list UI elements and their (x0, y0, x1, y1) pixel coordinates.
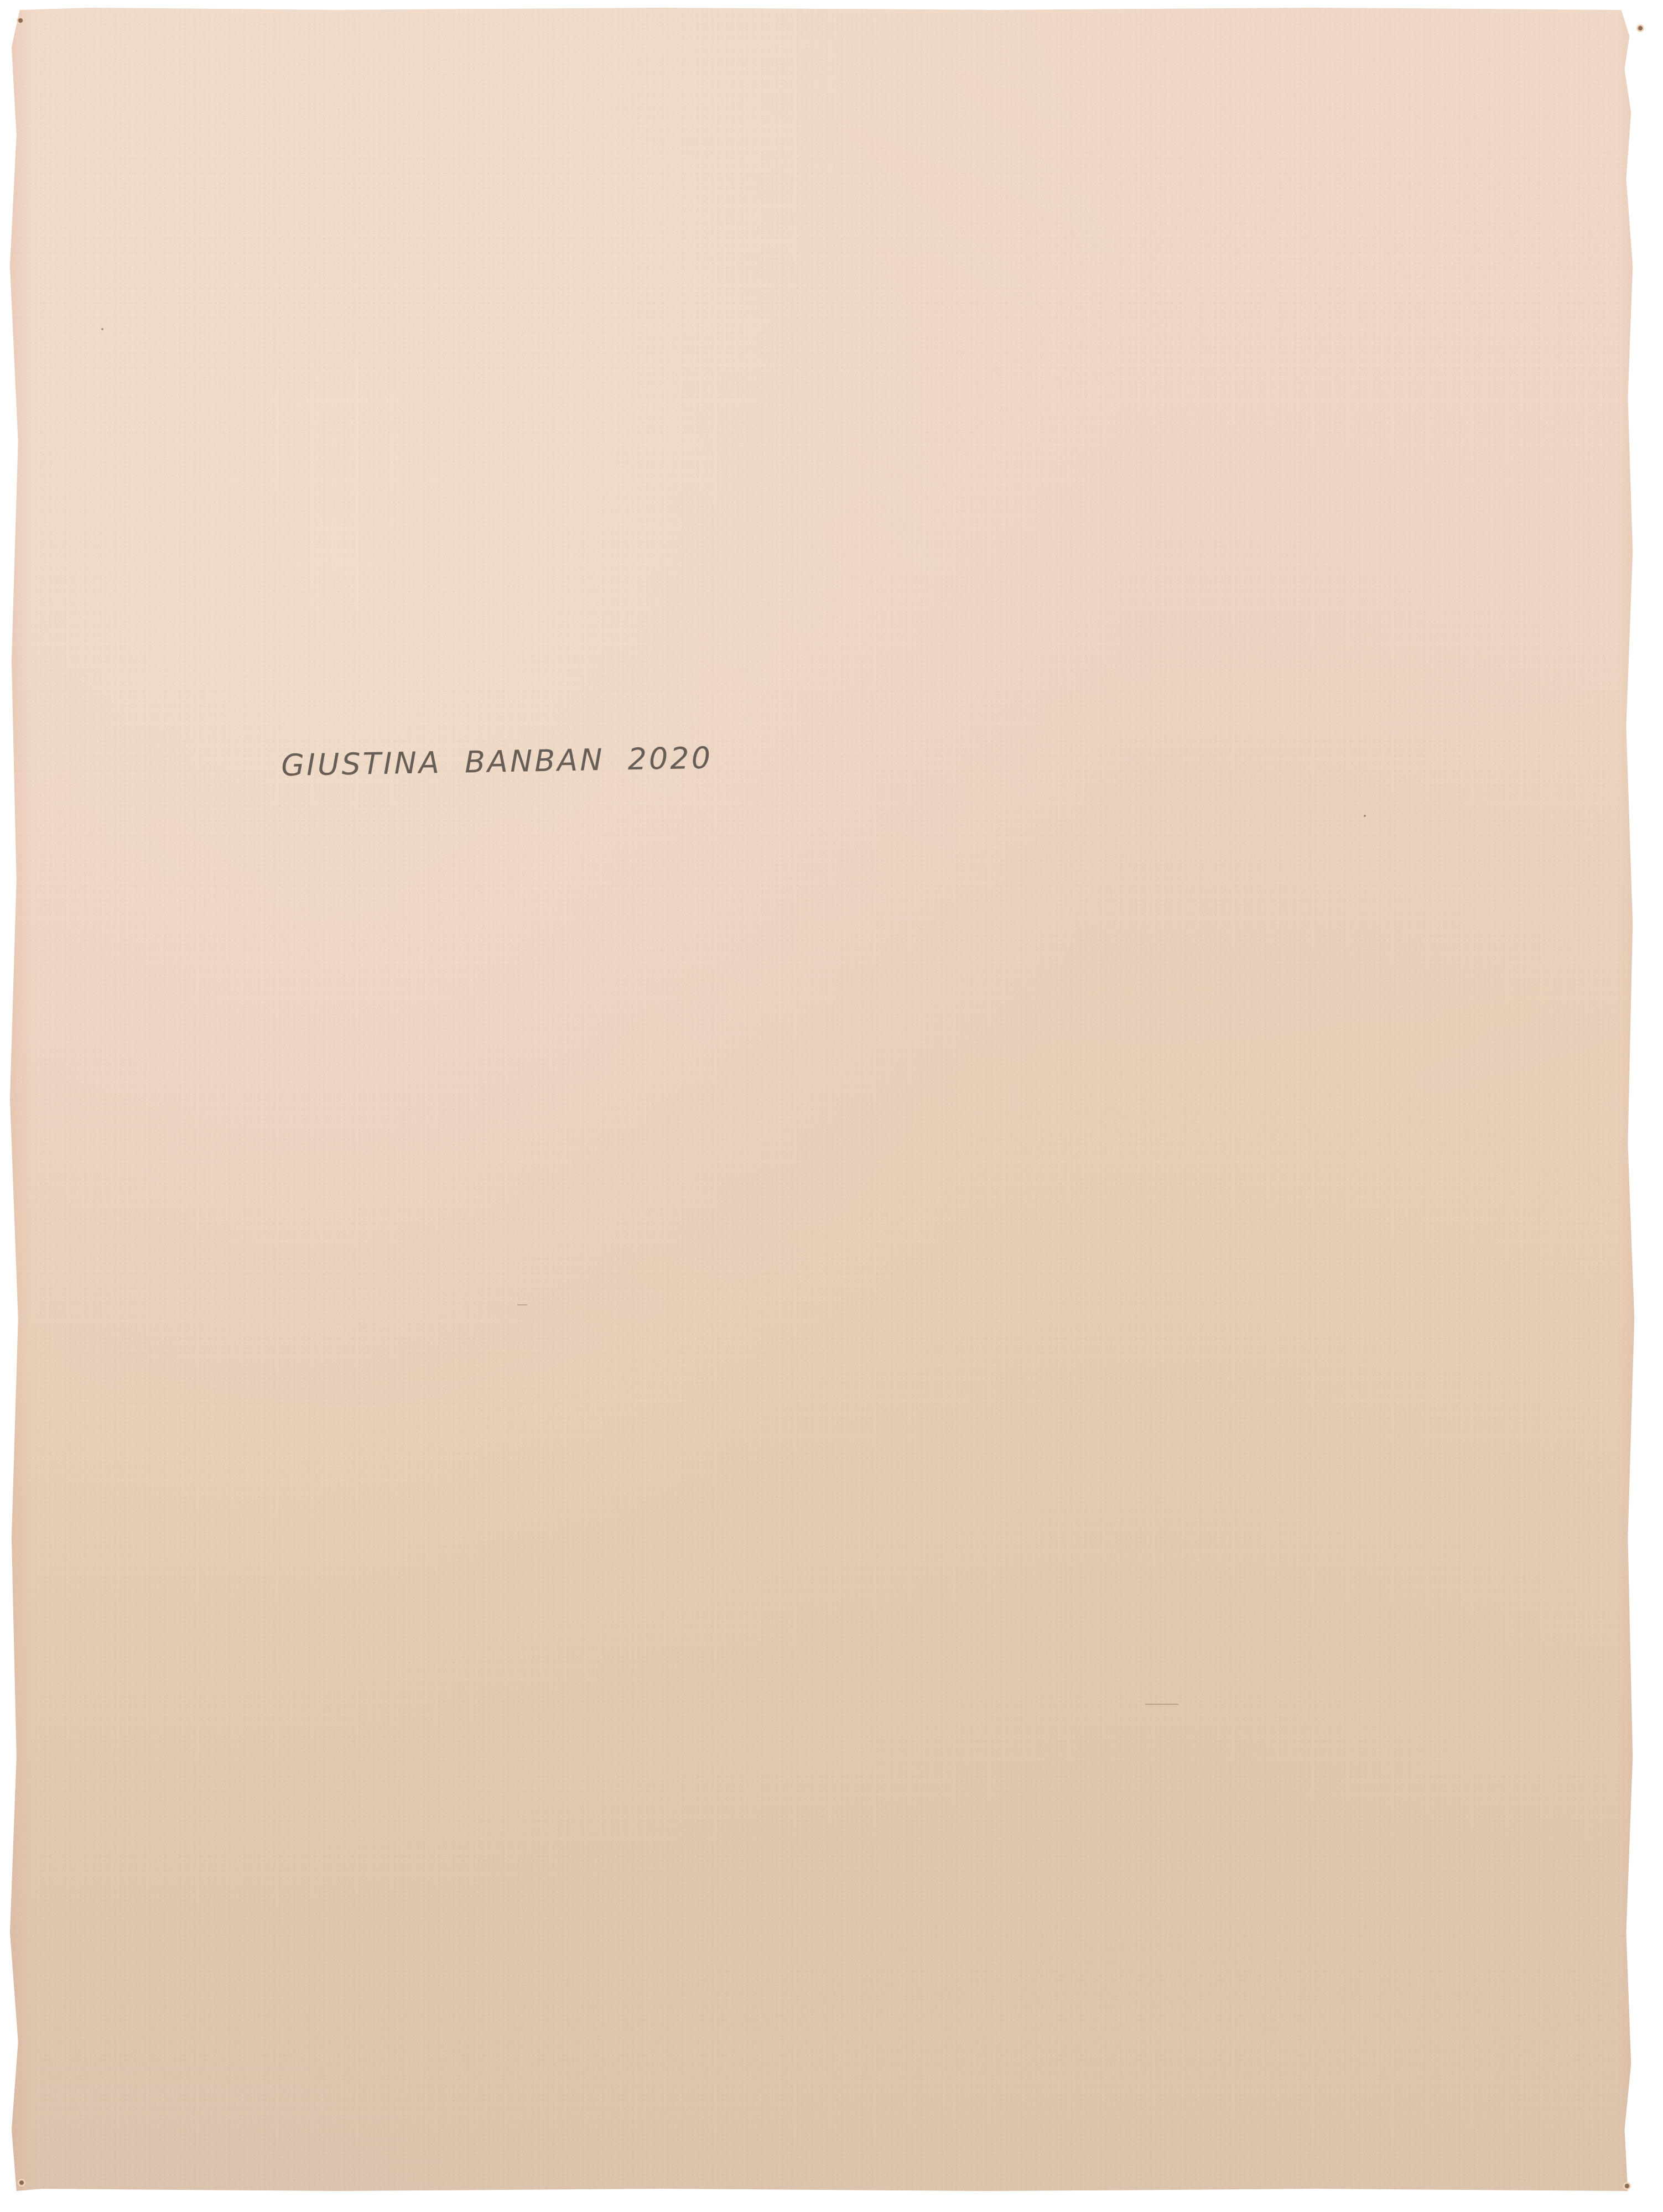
inscription-first-name: GIUSTINA (281, 745, 442, 783)
pinhole-top-left-icon (17, 17, 24, 24)
inscription-last-name: BANBAN (464, 742, 605, 779)
pinhole-bottom-left-icon (18, 2179, 25, 2187)
pinhole-top-right-icon (1636, 24, 1644, 32)
deckle-edge-right (1619, 3, 1641, 2195)
speck (101, 328, 103, 330)
deckle-edge-left (10, 3, 32, 2195)
paper-sheet (10, 3, 1641, 2195)
pinhole-bottom-right-icon (1623, 2182, 1631, 2190)
pencil-mark (1145, 1704, 1178, 1705)
inscription-year: 2020 (627, 741, 713, 777)
paper-texture (10, 3, 1641, 2195)
pencil-mark (517, 1304, 527, 1305)
speck (1364, 815, 1366, 817)
